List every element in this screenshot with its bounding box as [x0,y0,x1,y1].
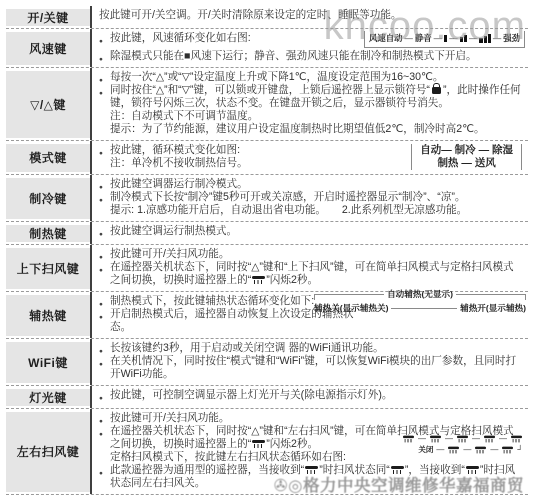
swing-state-icon [511,435,522,442]
row-content: 按此键空调器运行制冷模式。 制冷模式下长按“制冷”键5秒可开或关凉感，开启时遥控… [90,175,528,221]
aux-heat-cycle-diagram: 自动辅热(无显示) 辅热关(显示辅热关) 辅热开(显示辅热) [314,293,526,315]
row-content: 按此键，可控制空调显示器上灯光开与关(除电源指示灯外)。 [90,386,528,408]
button-label-temp: ▽/△键 [6,71,90,138]
row-content: 按此键可开/关扫风功能。 在遥控器关机状态下，同时按“△”键和“上下扫风”键，可… [90,245,528,291]
swing-state-icon [457,435,468,442]
row-content: 按此键可开/关空调。开/关时清除原来设定的定时、睡眠等功能。 [90,6,528,28]
bullet-line: 在遥控器关机状态下，同时按“△”键和“上下扫风”键，可在简单扫风模式与定格扫风模… [99,261,523,287]
fan-speed-cycle-diagram: 风速自动—静音————强劲 [364,31,525,48]
note-line: 注：自动模式下不可调节温度。 [99,110,523,123]
row-content: 每按一次“△”或“▽”设定温度上升或下降1℃，温度设定范围为16~30℃。 同时… [90,68,528,140]
louver-closed-icon [466,466,479,474]
button-label-power: 开/关键 [6,9,90,26]
horizontal-swing-icon [252,440,265,448]
swing-off-label: 关闭 [418,444,433,455]
manual-table: 开/关键 按此键可开/关空调。开/关时清除原来设定的定时、睡眠等功能。 风速键 … [6,6,528,495]
bullet-line: 按此键，可控制空调显示器上灯光开与关(除电源指示灯外)。 [99,389,523,402]
bullet-line: 同时按住“△”和“▽”键，可以锁或开键盘，上锁后遥控器上显示锁符号“”，此时操作… [99,84,523,110]
button-label-wifi: WiFi键 [6,342,90,383]
description-text: 按此键可开/关空调。开/关时清除原来设定的定时、睡眠等功能。 [99,9,523,22]
button-label-fanspeed: 风速键 [6,32,90,65]
row-content: 长按该键约3秒，用于启动或关闭空调 器的WiFi通讯功能。 在关机情况下，同时按… [90,339,528,385]
tip-line: 提示: 1.凉感功能开启后，自动退出省电功能。 2.此系列机型无凉感功能。 [99,204,523,217]
bullet-line: 按此键可开/关扫风功能。 [99,412,523,425]
table-row: 模式键 按此键，循环模式变化如图: 注：单冷机不接收制热信号。 自动— 制冷 —… [6,141,528,175]
bullet-line: 在关机情况下，同时按住“模式”键和“WiFi”键，可以恢复WiFi模块的出厂参数… [99,355,523,381]
louver-position-icon [391,466,404,474]
bullet-line: 按此键空调器运行制冷模式。 [99,178,523,191]
mode-cycle-diagram: 自动— 制冷 — 除湿 制热 — 送风 [411,144,522,170]
button-label-horizontal-swing: 左右扫风键 [6,412,90,492]
button-label-aux-heat: 辅热键 [6,295,90,336]
swing-state-icon [475,446,486,453]
swing-state-icon [403,435,414,442]
fan-speed-bars-3-icon [479,34,491,43]
table-row: ▽/△键 每按一次“△”或“▽”设定温度上升或下降1℃，温度设定范围为16~30… [6,68,528,141]
button-label-heat: 制热键 [6,225,90,242]
row-content: 按此键可开/关扫风功能。 在遥控器关机状态下，同时按“△”键和“左右扫风”键，可… [90,409,528,494]
continuation-line: 定格扫风模式下，按此键左右扫风状态循环如右图: [99,451,410,464]
button-label-light: 灯光键 [6,389,90,406]
table-row: 风速键 按此键，风速循环变化如右图: 除湿模式只能在■风速下运行；静音、强劲风速… [6,29,528,68]
table-row: 辅热键 制热模式下，按此键辅热状态循环变化如下: 开启制热模式后，遥控器自动恢复… [6,292,528,339]
table-row: 灯光键 按此键，可控制空调显示器上灯光开与关(除电源指示灯外)。 [6,386,528,409]
lock-icon [432,87,441,94]
row-content: 按此键空调运行制热模式。 [90,222,528,244]
fan-speed-bars-2-icon [460,35,467,42]
table-row: WiFi键 长按该键约3秒，用于启动或关闭空调 器的WiFi通讯功能。 在关机情… [6,339,528,386]
button-label-vertical-swing: 上下扫风键 [6,248,90,289]
bullet-line: 除湿模式只能在■风速下运行；静音、强劲风速只能在制冷和制热模式下开启。 [99,50,523,63]
button-label-cool: 制冷键 [6,178,90,219]
bullet-line: 按此键空调运行制热模式。 [99,225,523,238]
table-row: 左右扫风键 按此键可开/关扫风功能。 在遥控器关机状态下，同时按“△”键和“左右… [6,409,528,495]
swing-state-icon [484,435,495,442]
table-row: 制热键 按此键空调运行制热模式。 [6,222,528,245]
bullet-line: 长按该键约3秒，用于启动或关闭空调 器的WiFi通讯功能。 [99,342,523,355]
row-content: 按此键，风速循环变化如右图: 除湿模式只能在■风速下运行；静音、强劲风速只能在制… [90,29,528,67]
tip-line: 提示：为了节约能源，建议用户设定温度制热时比期望值低2℃，制冷时高2℃。 [99,123,523,136]
bullet-line: 此款遥控器为通用型的遥控器，当接收到“”时扫风状态同“”，当接收到“”时扫风状态… [99,464,523,490]
swing-state-icon [430,435,441,442]
swing-state-icon [448,446,459,453]
row-content: 按此键，循环模式变化如图: 注：单冷机不接收制热信号。 自动— 制冷 — 除湿 … [90,141,528,174]
button-label-mode: 模式键 [6,144,90,172]
fan-speed-bars-1-icon [444,35,447,42]
table-row: 上下扫风键 按此键可开/关扫风功能。 在遥控器关机状态下，同时按“△”键和“上下… [6,245,528,292]
bullet-line: 每按一次“△”或“▽”设定温度上升或下降1℃，温度设定范围为16~30℃。 [99,71,523,84]
horizontal-swing-cycle-diagram: ———— 关闭———┘ [376,433,524,455]
vertical-swing-icon [252,276,265,284]
bullet-line: 按此键可开/关扫风功能。 [99,248,523,261]
swing-state-icon [502,446,513,453]
swing-on-icon [305,466,318,474]
table-row: 制冷键 按此键空调器运行制冷模式。 制冷模式下长按“制冷”键5秒可开或关凉感，开… [6,175,528,222]
row-content: 制热模式下，按此键辅热状态循环变化如下: 开启制热模式后，遥控器自动恢复上次设定… [90,292,528,338]
bullet-line: 制冷模式下长按“制冷”键5秒可开或关凉感，开启时遥控器显示“制冷”、“凉”。 [99,191,523,204]
table-row: 开/关键 按此键可开/关空调。开/关时清除原来设定的定时、睡眠等功能。 [6,6,528,29]
